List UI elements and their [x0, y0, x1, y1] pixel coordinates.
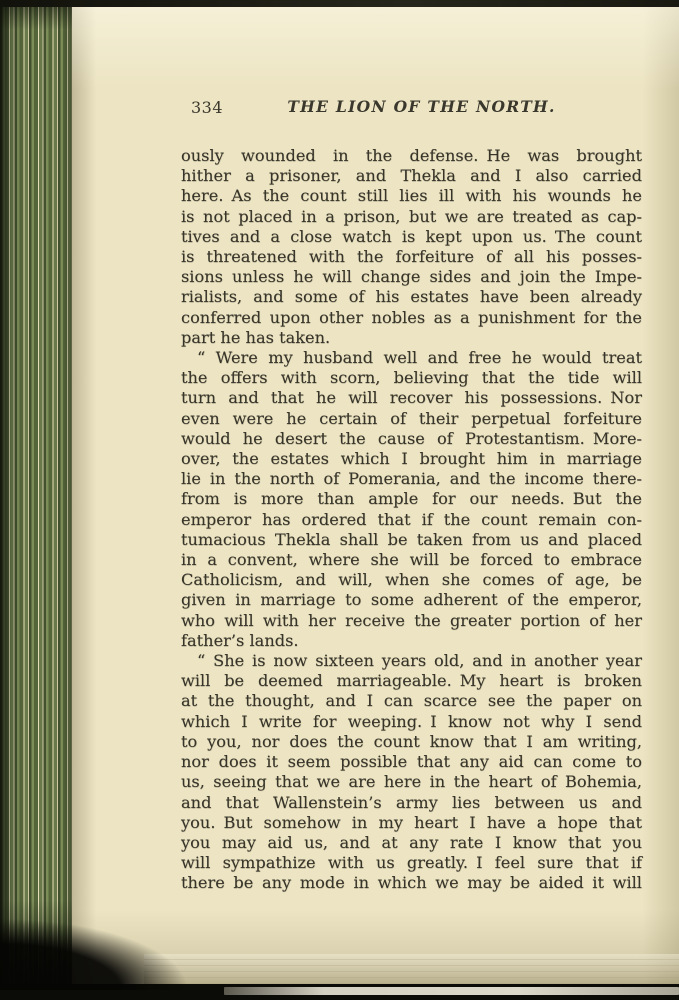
text-line: emperor has ordered that if the count re… [181, 510, 642, 530]
text-line: us, seeing that we are here in the heart… [181, 772, 642, 792]
text-line: from is more than ample for our needs. B… [181, 489, 642, 509]
text-line: even were he certain of their perpetual … [181, 409, 642, 429]
paragraph: ously wounded in the defense. He was bro… [181, 146, 642, 348]
page-body: ously wounded in the defense. He was bro… [181, 146, 642, 894]
text-line: will be deemed marriageable. My heart is… [181, 671, 642, 691]
text-line: who will with her receive the greater po… [181, 611, 642, 631]
paragraph: “ She is now sixteen years old, and in a… [181, 651, 642, 893]
book-page-scan: 334 THE LION OF THE NORTH. ously wounded… [0, 0, 679, 1000]
text-line: sions unless he will change sides and jo… [181, 267, 642, 287]
text-line: to you, nor does the count know that I a… [181, 732, 642, 752]
text-line: part he has taken. [181, 328, 642, 348]
text-line: nor does it seem possible that any aid c… [181, 752, 642, 772]
text-line: tives and a close watch is kept upon us.… [181, 227, 642, 247]
running-title: THE LION OF THE NORTH. [191, 97, 652, 116]
text-line: conferred upon other nobles as a punishm… [181, 308, 642, 328]
page-stack-edge [0, 0, 72, 1000]
text-line: ously wounded in the defense. He was bro… [181, 146, 642, 166]
text-line: rialists, and some of his estates have b… [181, 287, 642, 307]
text-line: here. As the count still lies ill with h… [181, 186, 642, 206]
text-line: there be any mode in which we may be aid… [181, 873, 642, 893]
text-line: Catholicism, and will, when she comes of… [181, 570, 642, 590]
text-line: over, the estates which I brought him in… [181, 449, 642, 469]
text-line: which I write for weeping. I know not wh… [181, 712, 642, 732]
text-line: is not placed in a prison, but we are tr… [181, 207, 642, 227]
bottom-left-shadow [0, 918, 190, 990]
text-line: and that Wallenstein’s army lies between… [181, 793, 642, 813]
paragraph: “ Were my husband well and free he would… [181, 348, 642, 651]
text-line: you. But somehow in my heart I have a ho… [181, 813, 642, 833]
text-line: in a convent, where she will be forced t… [181, 550, 642, 570]
text-line: tumacious Thekla shall be taken from us … [181, 530, 642, 550]
page-header: 334 THE LION OF THE NORTH. [181, 97, 642, 117]
text-line: the offers with scorn, believing that th… [181, 368, 642, 388]
table-edge-highlight [224, 987, 679, 995]
text-line: would he desert the cause of Protestanti… [181, 429, 642, 449]
text-line: “ Were my husband well and free he would… [181, 348, 642, 368]
text-line: is threatened with the forfeiture of all… [181, 247, 642, 267]
text-line: father’s lands. [181, 631, 642, 651]
text-line: you may aid us, and at any rate I know t… [181, 833, 642, 853]
text-line: lie in the north of Pomerania, and the i… [181, 469, 642, 489]
text-line: given in marriage to some adherent of th… [181, 590, 642, 610]
text-line: hither a prisoner, and Thekla and I also… [181, 166, 642, 186]
page-bottom-edge-lines [144, 954, 679, 984]
book-page: 334 THE LION OF THE NORTH. ously wounded… [72, 0, 679, 1000]
text-line: at the thought, and I can scarce see the… [181, 691, 642, 711]
book-top-edge [0, 0, 679, 7]
text-line: will sympathize with us greatly. I feel … [181, 853, 642, 873]
text-line: turn and that he will recover his posses… [181, 388, 642, 408]
text-line: “ She is now sixteen years old, and in a… [181, 651, 642, 671]
